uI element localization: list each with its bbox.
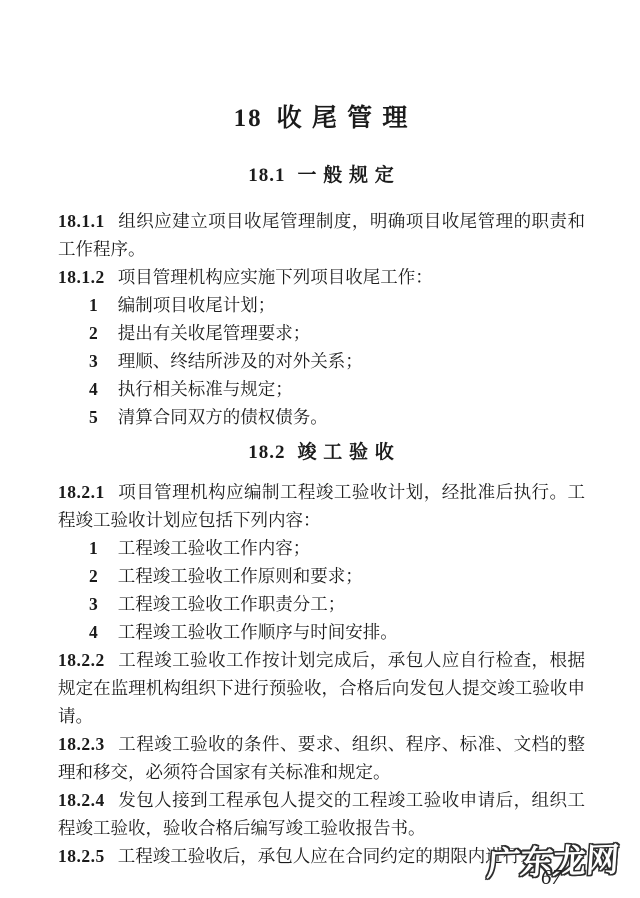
list-item: 4执行相关标准与规定； <box>58 375 585 403</box>
clause-18-2-3: 18.2.3工程竣工验收的条件、要求、组织、程序、标准、文档的整理和移交，必须符… <box>58 730 585 786</box>
document-page: 18收 尾 管 理 18.1一 般 规 定 18.1.1组织应建立项目收尾管理制… <box>0 0 640 898</box>
clause-text: 组织应建立项目收尾管理制度，明确项目收尾管理的职责和工作程序。 <box>58 211 585 259</box>
list-item: 3理顺、终结所涉及的对外关系； <box>58 347 585 375</box>
clause-text: 发包人接到工程承包人提交的工程竣工验收申请后，组织工程竣工验收，验收合格后编写竣… <box>58 790 585 838</box>
section-heading-18-1: 18.1一 般 规 定 <box>58 164 585 188</box>
clause-number: 18.2.1 <box>58 482 118 502</box>
list-item-number: 2 <box>89 323 118 343</box>
clause-number: 18.2.4 <box>58 790 118 810</box>
list-item-number: 1 <box>89 538 118 558</box>
section-title-text: 竣 工 验 收 <box>297 442 394 463</box>
clause-number: 18.2.3 <box>58 734 118 754</box>
section-18-2-body: 18.2.1项目管理机构应编制工程竣工验收计划，经批准后执行。工程竣工验收计划应… <box>58 478 585 870</box>
clause-18-2-2: 18.2.2工程竣工验收工作按计划完成后，承包人应自行检查，根据规定在监理机构组… <box>58 646 585 730</box>
clause-text: 工程竣工验收工作按计划完成后，承包人应自行检查，根据规定在监理机构组织下进行预验… <box>58 650 585 726</box>
clause-18-2-1: 18.2.1项目管理机构应编制工程竣工验收计划，经批准后执行。工程竣工验收计划应… <box>58 478 585 534</box>
clause-18-1-2: 18.1.2项目管理机构应实施下列项目收尾工作： <box>58 263 585 291</box>
list-item-text: 清算合同双方的债权债务。 <box>118 407 328 427</box>
list-item: 4工程竣工验收工作顺序与时间安排。 <box>58 618 585 646</box>
page-content: 18收 尾 管 理 18.1一 般 规 定 18.1.1组织应建立项目收尾管理制… <box>58 0 585 870</box>
list-item-text: 工程竣工验收工作内容； <box>118 538 311 558</box>
list-item-number: 3 <box>89 594 118 614</box>
section-heading-18-2: 18.2竣 工 验 收 <box>58 441 585 465</box>
section-18-1-body: 18.1.1组织应建立项目收尾管理制度，明确项目收尾管理的职责和工作程序。 18… <box>58 207 585 431</box>
clause-18-2-4: 18.2.4发包人接到工程承包人提交的工程竣工验收申请后，组织工程竣工验收，验收… <box>58 786 585 842</box>
clause-18-1-1: 18.1.1组织应建立项目收尾管理制度，明确项目收尾管理的职责和工作程序。 <box>58 207 585 263</box>
list-item-number: 4 <box>89 622 118 642</box>
list-item-number: 4 <box>89 379 118 399</box>
list-item-text: 执行相关标准与规定； <box>118 379 293 399</box>
list-item: 1工程竣工验收工作内容； <box>58 534 585 562</box>
clause-text: 项目管理机构应编制工程竣工验收计划，经批准后执行。工程竣工验收计划应包括下列内容… <box>58 482 585 530</box>
clause-text: 项目管理机构应实施下列项目收尾工作： <box>118 267 433 287</box>
list-item-number: 3 <box>89 351 118 371</box>
list-item: 2提出有关收尾管理要求； <box>58 319 585 347</box>
section-number: 18.2 <box>248 442 285 463</box>
chapter-title: 18收 尾 管 理 <box>58 0 585 134</box>
clause-number: 18.2.2 <box>58 650 118 670</box>
list-item-number: 2 <box>89 566 118 586</box>
list-item-text: 工程竣工验收工作职责分工； <box>118 594 346 614</box>
section-title-text: 一 般 规 定 <box>297 165 394 186</box>
clause-text: 工程竣工验收后，承包人应在合同约定的期限内进行工 <box>118 846 538 866</box>
clause-number: 18.2.5 <box>58 846 118 866</box>
list-item-text: 工程竣工验收工作原则和要求； <box>118 566 363 586</box>
chapter-number: 18 <box>234 105 263 132</box>
list-item-number: 1 <box>89 295 118 315</box>
section-number: 18.1 <box>248 165 285 186</box>
clause-text: 工程竣工验收的条件、要求、组织、程序、标准、文档的整理和移交，必须符合国家有关标… <box>58 734 585 782</box>
page-number: 67 <box>541 865 562 889</box>
list-item-text: 编制项目收尾计划； <box>118 295 276 315</box>
list-item-text: 工程竣工验收工作顺序与时间安排。 <box>118 622 398 642</box>
list-item: 1编制项目收尾计划； <box>58 291 585 319</box>
chapter-title-text: 收 尾 管 理 <box>277 105 410 132</box>
clause-number: 18.1.1 <box>58 211 118 231</box>
list-item: 5清算合同双方的债权债务。 <box>58 403 585 431</box>
list-item: 2工程竣工验收工作原则和要求； <box>58 562 585 590</box>
clause-number: 18.1.2 <box>58 267 118 287</box>
list-item: 3工程竣工验收工作职责分工； <box>58 590 585 618</box>
list-item-text: 提出有关收尾管理要求； <box>118 323 311 343</box>
list-item-number: 5 <box>89 407 118 427</box>
list-item-text: 理顺、终结所涉及的对外关系； <box>118 351 363 371</box>
